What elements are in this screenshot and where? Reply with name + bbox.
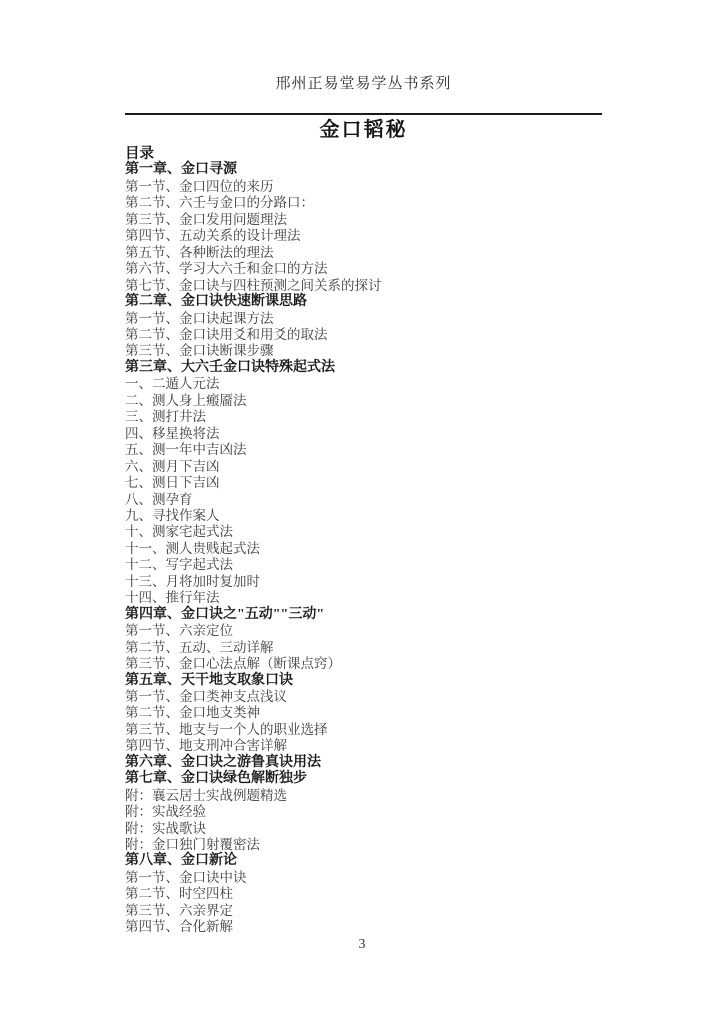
- toc-section-entry: 第一节、金口诀起课方法: [125, 311, 602, 327]
- table-of-contents: 目录 第一章、金口寻源第一节、金口四位的来历第二节、六壬与金口的分路口：第三节、…: [125, 146, 602, 936]
- toc-section-entry: 第七节、金口诀与四柱预测之间关系的探讨: [125, 278, 602, 294]
- toc-chapter-entry: 第三章、大六壬金口诀特殊起式法: [125, 360, 602, 376]
- toc-section-entry: 第三节、金口诀断课步骤: [125, 343, 602, 359]
- toc-section-entry: 第二节、六壬与金口的分路口：: [125, 195, 602, 211]
- toc-chapter-entry: 第四章、金口诀之"五动""三动": [125, 607, 602, 623]
- toc-section-entry: 十、测家宅起式法: [125, 524, 602, 540]
- toc-section-entry: 十二、写字起式法: [125, 557, 602, 573]
- toc-chapter-entry: 第一章、金口寻源: [125, 162, 602, 178]
- toc-label: 目录: [125, 146, 602, 162]
- toc-section-entry: 第五节、各种断法的理法: [125, 245, 602, 261]
- toc-section-entry: 八、测孕育: [125, 492, 602, 508]
- series-header: 邢州正易堂易学丛书系列: [125, 74, 602, 94]
- toc-list: 第一章、金口寻源第一节、金口四位的来历第二节、六壬与金口的分路口：第三节、金口发…: [125, 162, 602, 935]
- toc-section-entry: 附：实战歌诀: [125, 821, 602, 837]
- toc-chapter-entry: 第二章、金口诀快速断课思路: [125, 294, 602, 310]
- toc-chapter-entry: 第七章、金口诀绿色解断独步: [125, 771, 602, 787]
- toc-section-entry: 第一节、金口类神支点浅议: [125, 689, 602, 705]
- toc-chapter-entry: 第八章、金口新论: [125, 853, 602, 869]
- toc-section-entry: 第三节、六亲界定: [125, 903, 602, 919]
- toc-section-entry: 第二节、金口地支类神: [125, 705, 602, 721]
- toc-section-entry: 五、测一年中吉凶法: [125, 442, 602, 458]
- toc-section-entry: 第三节、金口发用问题理法: [125, 212, 602, 228]
- header-divider: [125, 113, 602, 115]
- toc-section-entry: 第一节、金口诀中诀: [125, 870, 602, 886]
- toc-section-entry: 二、测人身上瘢靥法: [125, 393, 602, 409]
- toc-section-entry: 第二节、五动、三动详解: [125, 640, 602, 656]
- toc-section-entry: 附：金口独门射覆密法: [125, 837, 602, 853]
- toc-chapter-entry: 第六章、金口诀之游鲁真诀用法: [125, 755, 602, 771]
- toc-section-entry: 十三、月将加时复加时: [125, 574, 602, 590]
- toc-section-entry: 附：襄云居士实战例题精选: [125, 788, 602, 804]
- toc-section-entry: 第三节、地支与一个人的职业选择: [125, 722, 602, 738]
- page-content: 邢州正易堂易学丛书系列 金口韬秘 目录 第一章、金口寻源第一节、金口四位的来历第…: [125, 0, 602, 936]
- toc-section-entry: 三、测打井法: [125, 409, 602, 425]
- page-title: 金口韬秘: [125, 119, 602, 141]
- document-page: 邢州正易堂易学丛书系列 金口韬秘 目录 第一章、金口寻源第一节、金口四位的来历第…: [0, 0, 724, 1024]
- toc-section-entry: 十四、推行年法: [125, 590, 602, 606]
- page-number: 3: [0, 936, 724, 954]
- toc-section-entry: 七、测日下吉凶: [125, 475, 602, 491]
- toc-section-entry: 第一节、金口四位的来历: [125, 179, 602, 195]
- toc-section-entry: 九、寻找作案人: [125, 508, 602, 524]
- toc-section-entry: 第三节、金口心法点解（断课点窍）: [125, 656, 602, 672]
- toc-section-entry: 附：实战经验: [125, 804, 602, 820]
- toc-section-entry: 一、二遁人元法: [125, 376, 602, 392]
- toc-section-entry: 第四节、五动关系的设计理法: [125, 228, 602, 244]
- toc-section-entry: 十一、测人贵贱起式法: [125, 541, 602, 557]
- toc-section-entry: 第四节、地支刑冲合害详解: [125, 738, 602, 754]
- toc-chapter-entry: 第五章、天干地支取象口诀: [125, 673, 602, 689]
- toc-section-entry: 第六节、学习大六壬和金口的方法: [125, 261, 602, 277]
- toc-section-entry: 第二节、时空四柱: [125, 886, 602, 902]
- toc-section-entry: 第四节、合化新解: [125, 919, 602, 935]
- toc-section-entry: 四、移星换将法: [125, 426, 602, 442]
- toc-section-entry: 第一节、六亲定位: [125, 623, 602, 639]
- toc-section-entry: 六、测月下吉凶: [125, 459, 602, 475]
- toc-section-entry: 第二节、金口诀用爻和用爻的取法: [125, 327, 602, 343]
